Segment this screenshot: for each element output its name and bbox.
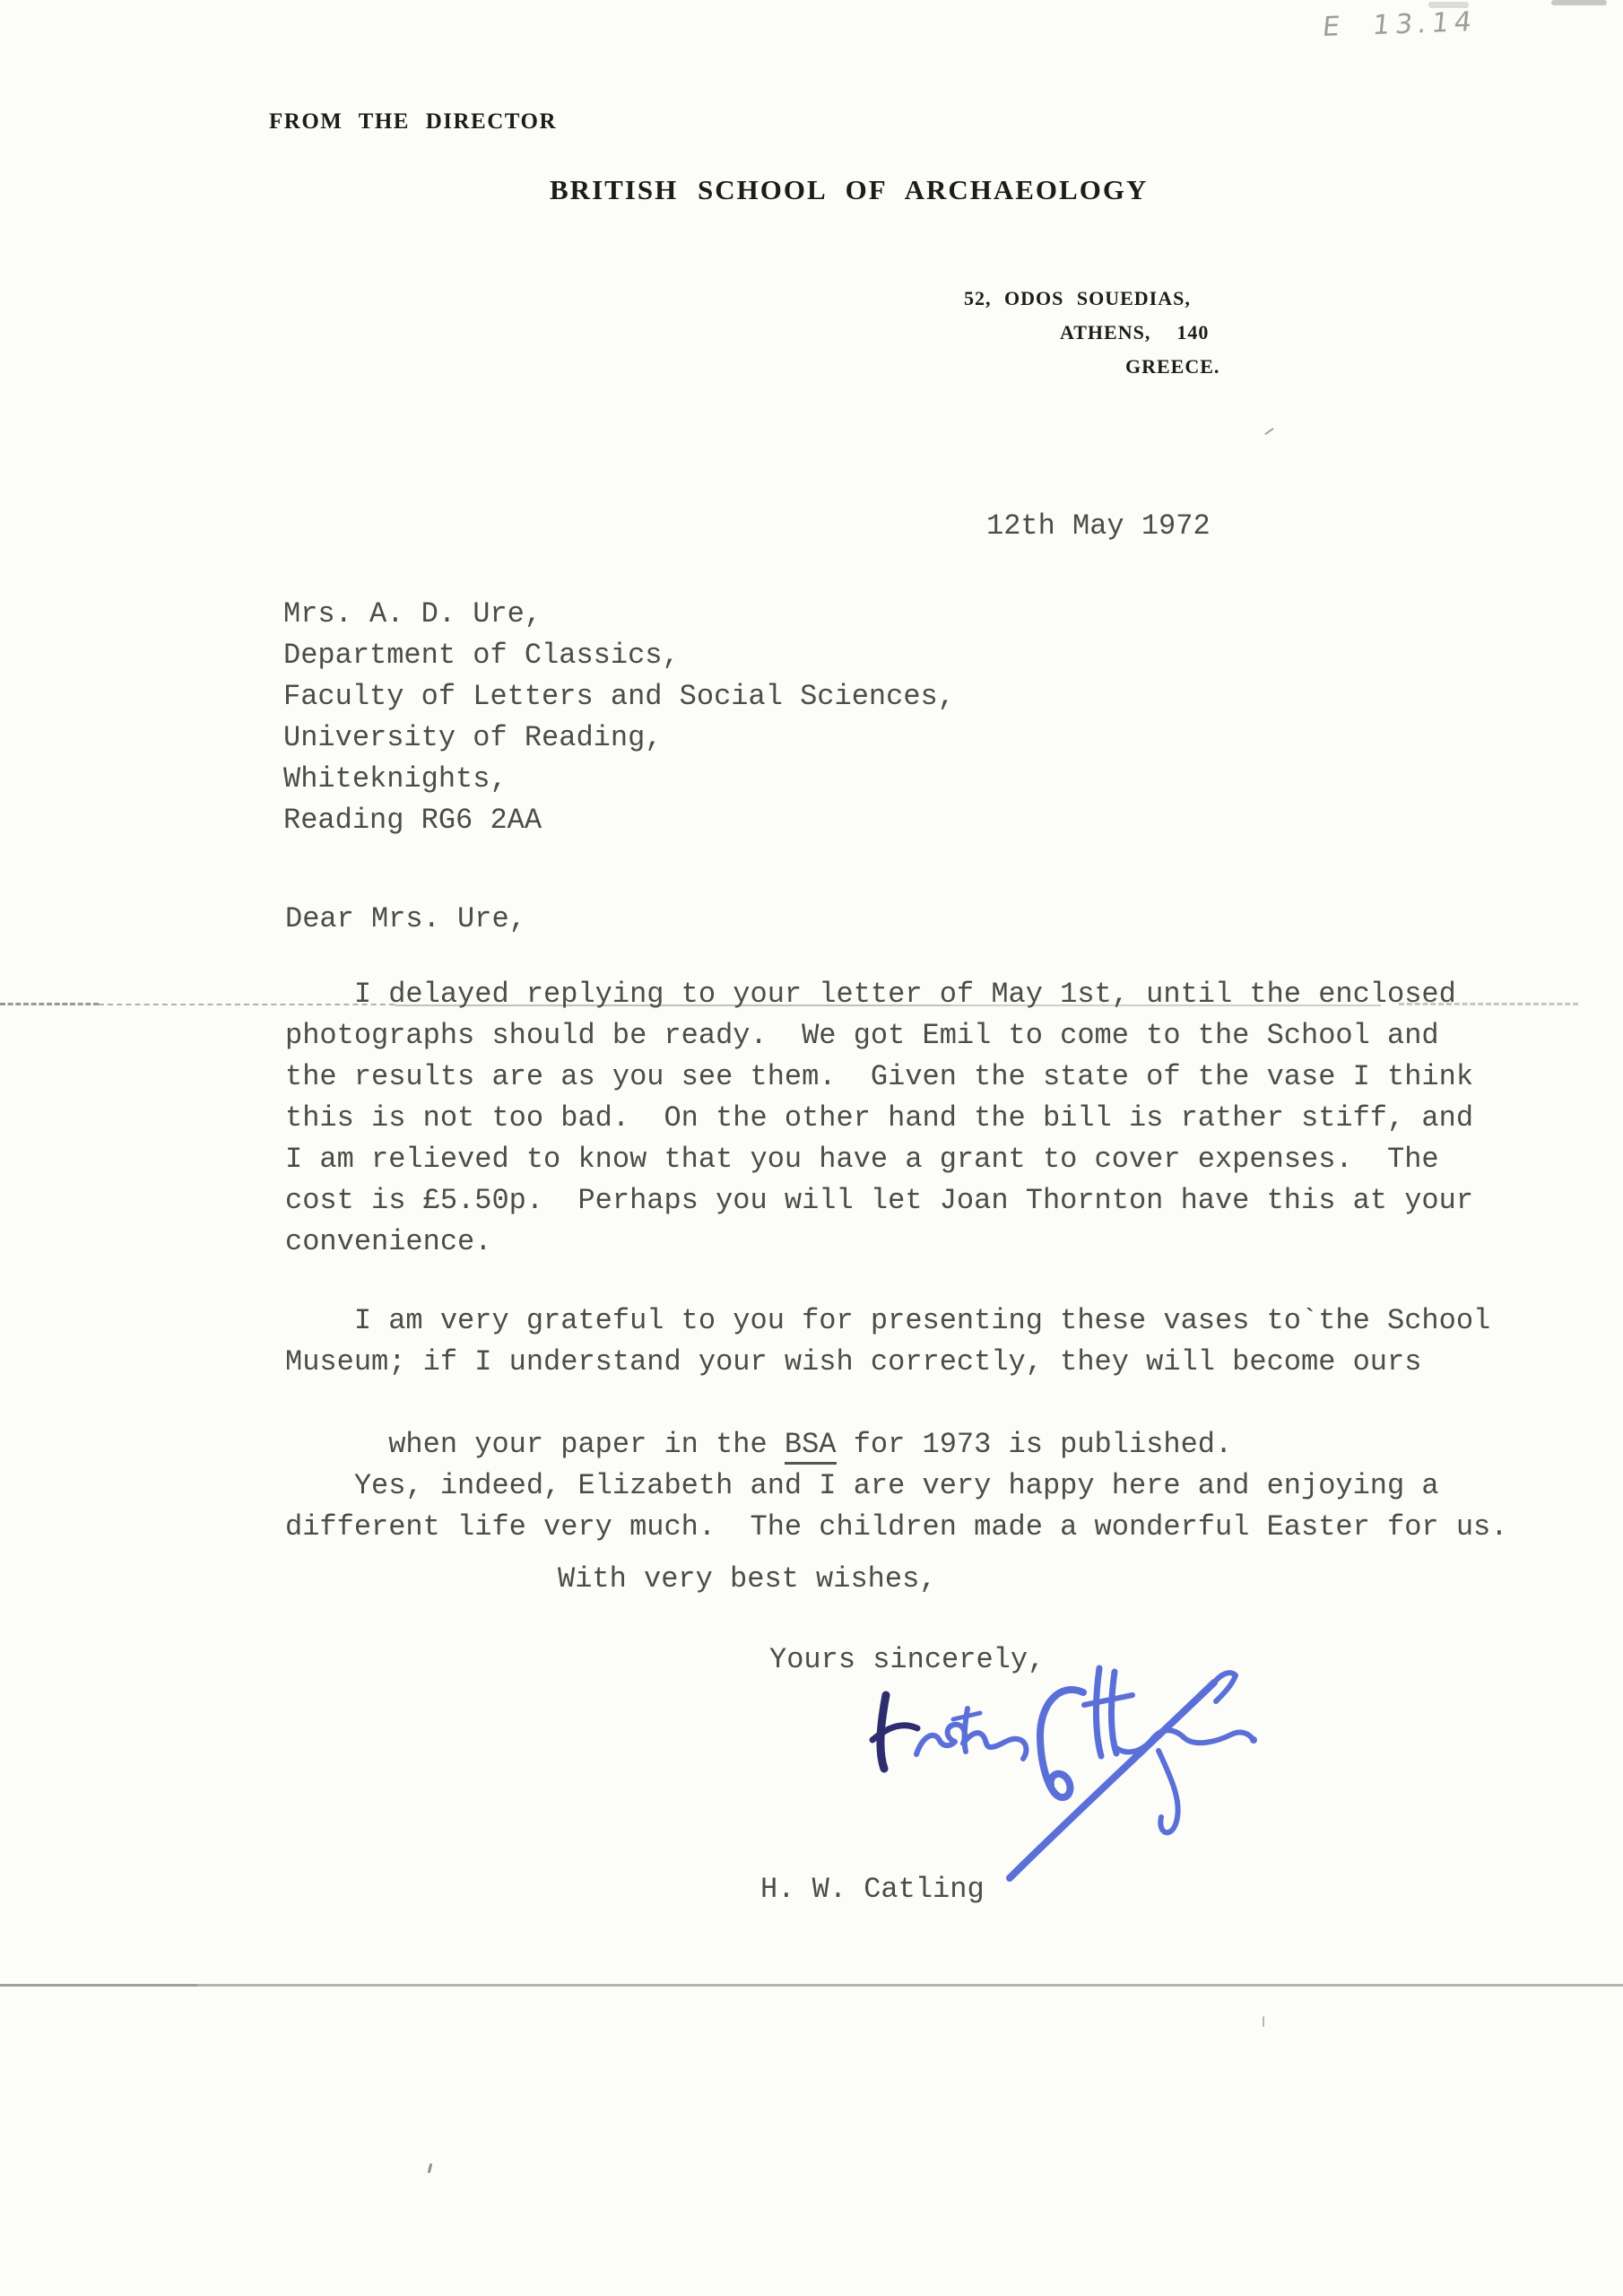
body-text: for 1973 is published. bbox=[837, 1428, 1233, 1461]
paragraph-3: Yes, indeed, Elizabeth and I are very ha… bbox=[285, 1465, 1507, 1548]
recipient-line: Mrs. A. D. Ure, bbox=[283, 594, 955, 635]
letterhead-from-line: FROM THE DIRECTOR bbox=[269, 109, 557, 135]
recipient-line: Whiteknights, bbox=[283, 759, 955, 800]
scan-speck bbox=[428, 2163, 433, 2173]
recipient-line: Faculty of Letters and Social Sciences, bbox=[283, 676, 955, 717]
closing-wishes: With very best wishes, bbox=[558, 1559, 936, 1600]
scan-artifact-line bbox=[0, 1003, 99, 1005]
scan-artifact-line bbox=[0, 1984, 1623, 1987]
body-line: the results are as you see them. Given t… bbox=[285, 1057, 1473, 1098]
body-line: different life very much. The children m… bbox=[285, 1507, 1507, 1548]
paragraph-1: I delayed replying to your letter of May… bbox=[285, 974, 1473, 1263]
body-line: I am very grateful to you for presenting… bbox=[285, 1300, 1490, 1342]
pencil-archive-note: E 13.14 bbox=[1321, 6, 1479, 43]
recipient-line: University of Reading, bbox=[283, 717, 955, 759]
body-line: Yes, indeed, Elizabeth and I are very ha… bbox=[285, 1465, 1507, 1507]
letterhead-address-line: 52, ODOS SOUEDIAS, bbox=[964, 287, 1191, 310]
letterhead-school-name: BRITISH SCHOOL OF ARCHAEOLOGY bbox=[550, 174, 1148, 206]
scan-artifact-line bbox=[0, 1984, 197, 1987]
recipient-address: Mrs. A. D. Ure, Department of Classics, … bbox=[283, 594, 955, 841]
letterhead-address-line: ATHENS, 140 bbox=[1060, 321, 1209, 344]
body-line: cost is £5.50p. Perhaps you will let Joa… bbox=[285, 1180, 1473, 1222]
scan-speck bbox=[1264, 428, 1273, 435]
recipient-line: Department of Classics, bbox=[283, 635, 955, 676]
body-line: photographs should be ready. We got Emil… bbox=[285, 1015, 1473, 1057]
scan-speck bbox=[1263, 2016, 1264, 2027]
date-line: 12th May 1972 bbox=[986, 506, 1211, 547]
recipient-line: Reading RG6 2AA bbox=[283, 800, 955, 841]
scan-smudge bbox=[1551, 0, 1607, 5]
body-line: convenience. bbox=[285, 1222, 1473, 1263]
bsa-underlined-text: BSA bbox=[785, 1428, 837, 1465]
salutation: Dear Mrs. Ure, bbox=[285, 899, 526, 940]
body-line: I delayed replying to your letter of May… bbox=[285, 974, 1473, 1015]
body-line: Museum; if I understand your wish correc… bbox=[285, 1342, 1490, 1383]
typed-signature-name: H. W. Catling bbox=[760, 1869, 985, 1910]
letterhead-address-line: GREECE. bbox=[1125, 355, 1219, 378]
body-line: I am relieved to know that you have a gr… bbox=[285, 1139, 1473, 1180]
body-text: when your paper in the bbox=[388, 1428, 785, 1461]
letter-page: E 13.14 FROM THE DIRECTOR BRITISH SCHOOL… bbox=[0, 0, 1623, 2296]
body-line: this is not too bad. On the other hand t… bbox=[285, 1098, 1473, 1139]
